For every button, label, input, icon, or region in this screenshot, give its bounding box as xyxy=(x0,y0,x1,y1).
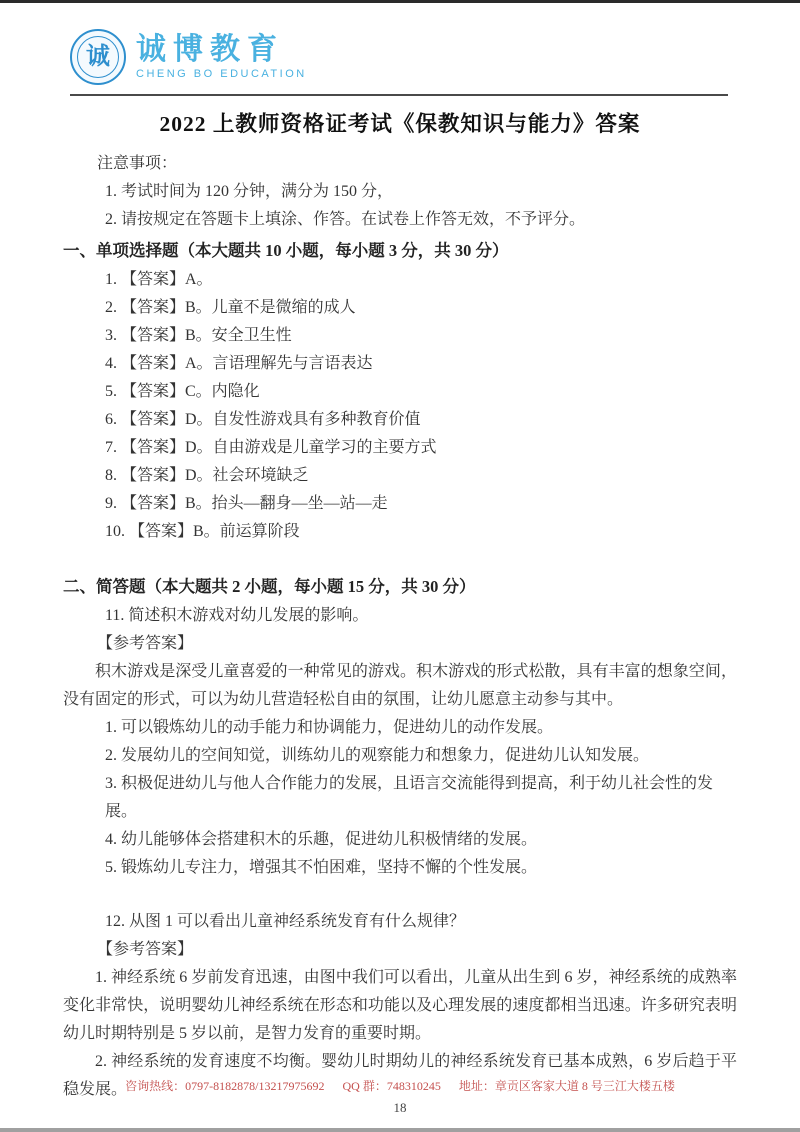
footer-hotline: 咨询热线：0797-8182878/13217975692 xyxy=(125,1079,324,1093)
answer-item: 8. 【答案】D。社会环境缺乏 xyxy=(63,462,737,490)
notice-item: 2. 请按规定在答题卡上填涂、作答。在试卷上作答无效，不予评分。 xyxy=(63,206,737,234)
answer-point: 5. 锻炼幼儿专注力，增强其不怕困难，坚持不懈的个性发展。 xyxy=(63,854,737,882)
brand-name-english: CHENG BO EDUCATION xyxy=(136,67,307,81)
answer-point: 2. 发展幼儿的空间知觉，训练幼儿的观察能力和想象力，促进幼儿认知发展。 xyxy=(63,742,737,770)
question-12-text: 12. 从图 1 可以看出儿童神经系统发育有什么规律？ xyxy=(63,908,737,936)
footer-qq-group: QQ 群：748310245 xyxy=(342,1079,440,1093)
question-12-paragraph: 2. 神经系统的发育速度不均衡。婴幼儿时期幼儿的神经系统发育已基本成熟，6 岁后… xyxy=(63,1048,737,1104)
section-multiple-choice: 一、单项选择题（本大题共 10 小题，每小题 3 分，共 30 分） 1. 【答… xyxy=(63,236,737,546)
answer-item: 7. 【答案】D。自由游戏是儿童学习的主要方式 xyxy=(63,434,737,462)
answer-item: 4. 【答案】A。言语理解先与言语表达 xyxy=(63,350,737,378)
answer-item: 6. 【答案】D。自发性游戏具有多种教育价值 xyxy=(63,406,737,434)
brand-name-chinese: 诚博教育 xyxy=(136,33,307,67)
section1-heading: 一、单项选择题（本大题共 10 小题，每小题 3 分，共 30 分） xyxy=(63,236,737,266)
section2-heading: 二、简答题（本大题共 2 小题，每小题 15 分，共 30 分） xyxy=(63,572,737,602)
answer-point: 3. 积极促进幼儿与他人合作能力的发展，且语言交流能得到提高，利于幼儿社会性的发… xyxy=(63,770,737,826)
notice-item: 1. 考试时间为 120 分钟，满分为 150 分， xyxy=(63,178,737,206)
reference-answer-label: 【参考答案】 xyxy=(63,936,737,964)
document-title: 2022 上教师资格证考试《保教知识与能力》答案 xyxy=(63,108,737,140)
question-12-paragraph: 1. 神经系统 6 岁前发育迅速，由图中我们可以看出，儿童从出生到 6 岁，神经… xyxy=(63,964,737,1048)
reference-answer-label: 【参考答案】 xyxy=(63,630,737,658)
scanned-document-page: 诚 诚博教育 CHENG BO EDUCATION 2022 上教师资格证考试《… xyxy=(0,0,800,1132)
answer-item: 9. 【答案】B。抬头—翻身—坐—站—走 xyxy=(63,490,737,518)
answer-point: 1. 可以锻炼幼儿的动手能力和协调能力，促进幼儿的动作发展。 xyxy=(63,714,737,742)
notice-section: 注意事项： 1. 考试时间为 120 分钟，满分为 150 分， 2. 请按规定… xyxy=(63,150,737,234)
answer-item: 3. 【答案】B。安全卫生性 xyxy=(63,322,737,350)
question-12: 12. 从图 1 可以看出儿童神经系统发育有什么规律？ 【参考答案】 1. 神经… xyxy=(63,908,737,1104)
section-short-answer: 二、简答题（本大题共 2 小题，每小题 15 分，共 30 分） 11. 简述积… xyxy=(63,572,737,1104)
header-divider xyxy=(70,94,728,96)
question-11-intro-paragraph: 积木游戏是深受儿童喜爱的一种常见的游戏。积木游戏的形式松散，具有丰富的想象空间，… xyxy=(63,658,737,714)
answer-item: 1. 【答案】A。 xyxy=(63,266,737,294)
header: 诚 诚博教育 CHENG BO EDUCATION xyxy=(70,26,737,96)
brand-text: 诚博教育 CHENG BO EDUCATION xyxy=(136,33,307,81)
badge-character: 诚 xyxy=(86,45,110,69)
answer-point: 4. 幼儿能够体会搭建积木的乐趣，促进幼儿积极情绪的发展。 xyxy=(63,826,737,854)
chengbo-logo-badge-icon: 诚 xyxy=(70,29,126,85)
scan-artifact-top xyxy=(0,0,800,3)
answer-item: 2. 【答案】B。儿童不是微缩的成人 xyxy=(63,294,737,322)
answer-item: 10. 【答案】B。前运算阶段 xyxy=(63,518,737,546)
footer-address: 地址：章贡区客家大道 8 号三江大楼五楼 xyxy=(459,1079,675,1093)
page-content: 诚 诚博教育 CHENG BO EDUCATION 2022 上教师资格证考试《… xyxy=(0,0,800,1104)
scan-artifact-bottom xyxy=(0,1128,800,1132)
page-number: 18 xyxy=(0,1100,800,1116)
notice-heading: 注意事项： xyxy=(63,150,737,178)
question-11-text: 11. 简述积木游戏对幼儿发展的影响。 xyxy=(63,602,737,630)
footer-contact-line: 咨询热线：0797-8182878/13217975692QQ 群：748310… xyxy=(0,1077,800,1094)
logo: 诚 诚博教育 CHENG BO EDUCATION xyxy=(70,26,737,88)
answer-item: 5. 【答案】C。内隐化 xyxy=(63,378,737,406)
question-11: 11. 简述积木游戏对幼儿发展的影响。 【参考答案】 积木游戏是深受儿童喜爱的一… xyxy=(63,602,737,882)
